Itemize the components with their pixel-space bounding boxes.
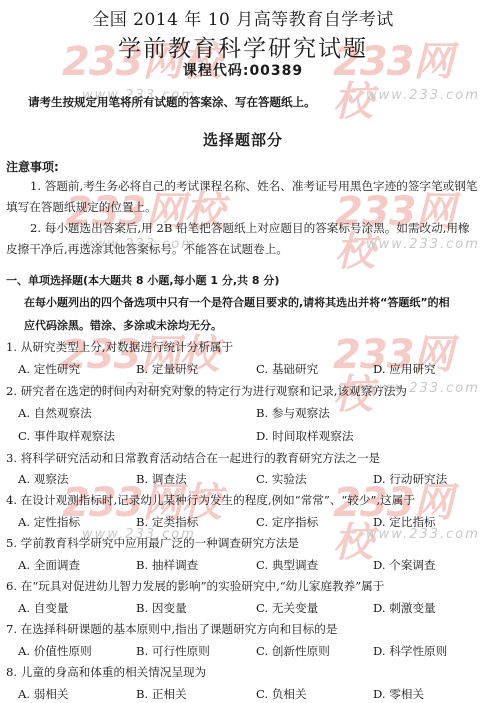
option-c: C. 负相关 [256, 686, 307, 702]
part1-instruction-1: 在每小题列出的四个备选项中只有一个是符合题目要求的,请将其选出并将“答题纸”的相 [24, 294, 450, 310]
option-d: D. 科学性原则 [373, 643, 447, 659]
option-b: B. 因变量 [136, 600, 187, 616]
option-a: A. 自然观察法 [18, 405, 92, 421]
option-c: C. 事件取样观察法 [18, 428, 115, 444]
option-a: A. 自变量 [18, 600, 69, 616]
option-b: B. 抽样调查 [136, 557, 198, 573]
option-c: C. 典型调查 [256, 557, 318, 573]
option-d: D. 定比指标 [373, 514, 436, 530]
option-a: A. 观察法 [18, 471, 69, 487]
option-a: A. 弱相关 [18, 686, 69, 702]
note-1-line-1: 1. 答题前,考生务必将自己的考试课程名称、姓名、准考证号用黑色字迹的签字笔或钢… [30, 178, 477, 194]
option-a: A. 全面调查 [18, 557, 80, 573]
option-c: C. 创新性原则 [256, 643, 330, 659]
notes-heading: 注意事项: [6, 158, 59, 175]
exam-page: 全国 2014 年 10 月高等教育自学考试 学前教育科学研究试题 课程代码:0… [0, 0, 486, 703]
option-b: B. 定类指标 [136, 514, 198, 530]
option-a: A. 定性研究 [18, 361, 80, 377]
question-stem: 5. 学前教育科学研究中应用最广泛的一种调查研究方法是 [6, 535, 299, 551]
option-d: D. 行动研究法 [373, 471, 447, 487]
question-stem: 4. 在设计观测指标时,记录幼儿某种行为发生的程度,例如“常常”、“较少”,这属… [6, 492, 415, 508]
option-c: C. 定序指标 [256, 514, 318, 530]
option-d: D. 时间取样观察法 [256, 428, 353, 444]
option-d: D. 个案调查 [373, 557, 436, 573]
question-stem: 8. 儿童的身高和体重的相关情况呈现为 [6, 664, 206, 680]
option-c: C. 实验法 [256, 471, 307, 487]
option-d: D. 零相关 [373, 686, 424, 702]
part1-instruction-2: 应代码涂黑。错涂、多涂或未涂均无分。 [24, 317, 222, 333]
note-1-line-2: 填写在答题纸规定的位置上。 [6, 199, 157, 215]
option-b: B. 参与观察法 [256, 405, 330, 421]
question-stem: 1. 从研究类型上分,对数据进行统计分析属于 [6, 339, 233, 355]
option-b: B. 调查法 [136, 471, 187, 487]
question-stem: 2. 研究者在选定的时间内对研究对象的特定行为进行观察和记录,该观察方法为 [6, 383, 407, 399]
question-stem: 6. 在“玩具对促进幼儿智力发展的影响”的实验研究中,“幼儿家庭教养”属于 [6, 578, 384, 594]
section-title: 选择题部分 [0, 129, 486, 150]
exam-title: 全国 2014 年 10 月高等教育自学考试 [0, 5, 486, 30]
part1-heading: 一、单项选择题(本大题共 8 小题,每小题 1 分,共 8 分) [6, 272, 279, 288]
question-stem: 3. 将科学研究活动和日常教育活动结合在一起进行的教育研究方法之一是 [6, 450, 380, 466]
option-a: A. 定性指标 [18, 514, 80, 530]
option-b: B. 正相关 [136, 686, 187, 702]
option-d: D. 应用研究 [373, 361, 436, 377]
option-c: C. 基础研究 [256, 361, 318, 377]
course-code: 课程代码:00389 [0, 60, 486, 80]
option-c: C. 无关变量 [256, 600, 318, 616]
option-a: A. 价值性原则 [18, 643, 92, 659]
note-2-line-1: 2. 每小题选出答案后,用 2B 铅笔把答题纸上对应题目的答案标号涂黑。如需改动… [30, 220, 470, 236]
option-b: B. 可行性原则 [136, 643, 210, 659]
paper-title: 学前教育科学研究试题 [0, 30, 486, 63]
note-2-line-2: 皮擦干净后,再选涂其他答案标号。不能答在试题卷上。 [6, 241, 288, 257]
question-stem: 7. 在选择科研课题的基本原则中,指出了课题研究方向和目标的是 [6, 621, 337, 637]
answer-instruction: 请考生按规定用笔将所有试题的答案涂、写在答题纸上。 [28, 94, 316, 110]
option-d: D. 刺激变量 [373, 600, 436, 616]
option-b: B. 定量研究 [136, 361, 198, 377]
